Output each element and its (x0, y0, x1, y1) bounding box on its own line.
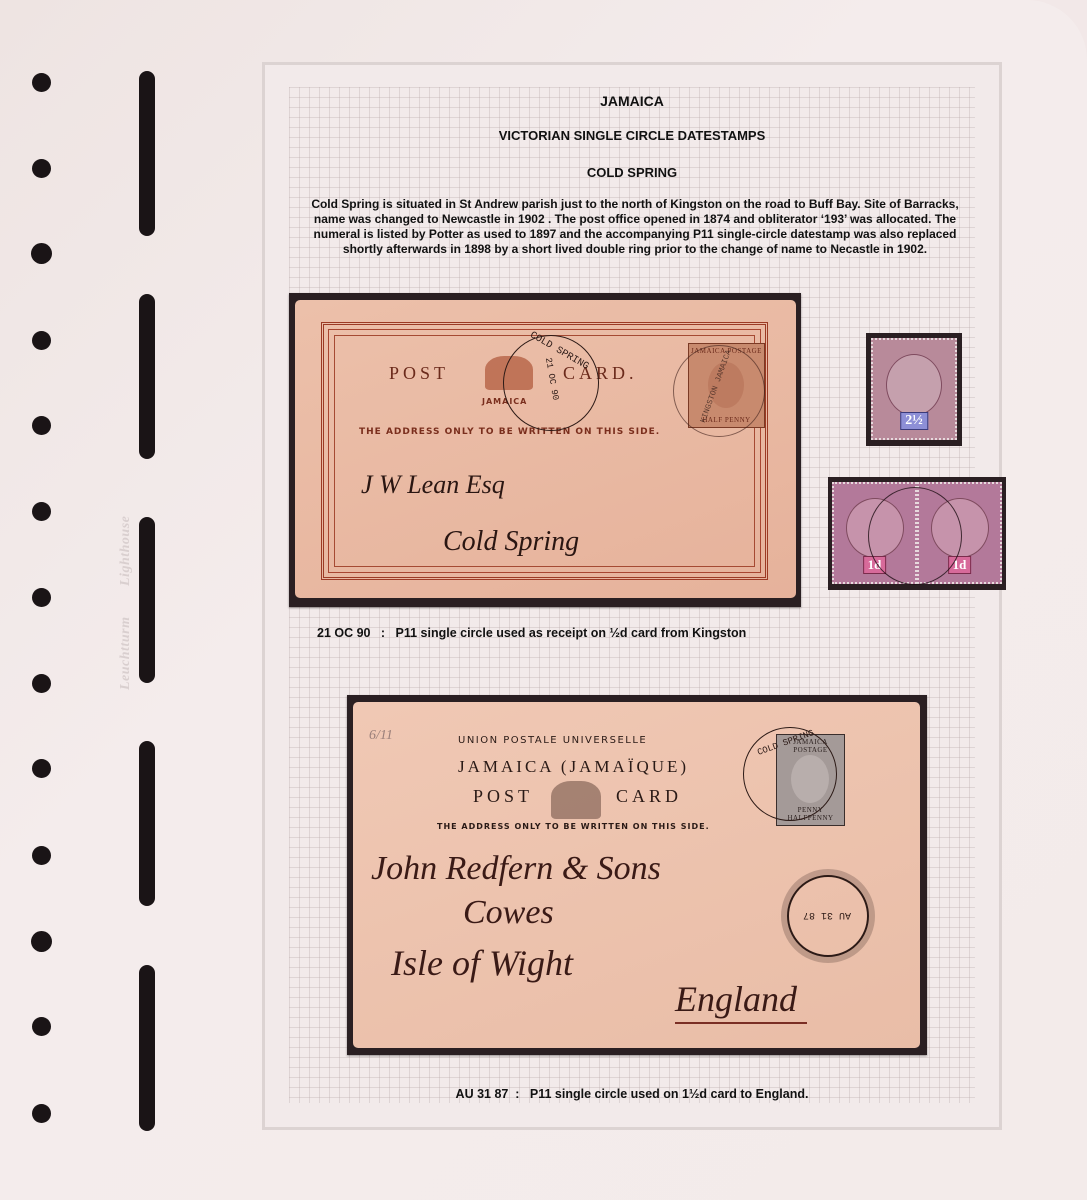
postmark-on-pair (868, 487, 962, 585)
binder-hole (31, 931, 52, 952)
binder-hole (32, 759, 51, 778)
card-label: CARD (616, 786, 682, 807)
postcard-mount-1: POST CARD. JAMAICA THE ADDRESS ONLY TO B… (289, 293, 801, 607)
binder-hole (32, 502, 51, 521)
binder-hole (32, 331, 51, 350)
address-line-3: Isle of Wight (391, 942, 573, 984)
binder-hole (32, 846, 51, 865)
stamp-mount-2half: 2½ (866, 333, 962, 446)
caption-item-1: 21 OC 90 : P11 single circle used as rec… (317, 626, 746, 640)
pencil-note: 6/11 (369, 728, 393, 744)
address-instruction: THE ADDRESS ONLY TO BE WRITTEN ON THIS S… (359, 427, 660, 437)
album-sheet: Leuchtturm Lighthouse JAMAICA VICTORIAN … (0, 0, 1087, 1200)
address-line-2: Cold Spring (443, 526, 579, 558)
postmark-cold-spring: COLD SPRING (743, 727, 837, 821)
page-subtitle: VICTORIAN SINGLE CIRCLE DATESTAMPS (265, 128, 999, 143)
post-label: POST (389, 363, 449, 384)
binder-hole (31, 243, 52, 264)
address-line-1: J W Lean Esq (361, 470, 505, 500)
binder-slot (139, 517, 155, 683)
binder-slot (139, 71, 155, 236)
binder-slot (139, 741, 155, 906)
binder-slot (139, 294, 155, 459)
stamp-mount-1d-pair: 1d 1d (828, 477, 1006, 590)
brand-watermark: Leuchtturm (118, 617, 134, 690)
binder-hole (32, 159, 51, 178)
binder-hole (32, 1017, 51, 1036)
address-line-4: England (675, 978, 807, 1024)
caption-item-2: AU 31 87 : P11 single circle used on 1½d… (265, 1087, 999, 1101)
postmark-cold-spring: COLD SPRING 21 OC 90 (503, 335, 599, 431)
binder-slot (139, 965, 155, 1131)
intro-paragraph: Cold Spring is situated in St Andrew par… (305, 197, 965, 257)
page-title: JAMAICA (265, 93, 999, 109)
binder-hole (32, 416, 51, 435)
brand-watermark: Lighthouse (118, 516, 134, 586)
postmark-kingston: KINGSTON JAMAICA (673, 345, 765, 437)
stamp-2-halfpenny[interactable]: 2½ (871, 338, 957, 440)
office-heading: COLD SPRING (265, 165, 999, 180)
postcard-1[interactable]: POST CARD. JAMAICA THE ADDRESS ONLY TO B… (295, 300, 796, 598)
binder-hole (32, 73, 51, 92)
postcard-mount-2: 6/11 UNION POSTALE UNIVERSELLE JAMAICA (… (347, 695, 927, 1055)
post-label: POST (473, 786, 533, 807)
album-page: JAMAICA VICTORIAN SINGLE CIRCLE DATESTAM… (262, 62, 1002, 1130)
jamaica-heading: JAMAICA (JAMAÏQUE) (458, 757, 689, 777)
upu-heading: UNION POSTALE UNIVERSELLE (458, 735, 647, 746)
binder-hole (32, 1104, 51, 1123)
binder-hole (32, 588, 51, 607)
binder-hole (32, 674, 51, 693)
coat-of-arms-icon (551, 781, 601, 819)
postmark-kingston-squared: AU 31 87 (787, 875, 869, 957)
address-line-2: Cowes (463, 894, 554, 932)
postcard-2[interactable]: 6/11 UNION POSTALE UNIVERSELLE JAMAICA (… (353, 702, 920, 1048)
address-line-1: John Redfern & Sons (371, 850, 661, 888)
address-instruction: THE ADDRESS ONLY TO BE WRITTEN ON THIS S… (437, 822, 710, 831)
